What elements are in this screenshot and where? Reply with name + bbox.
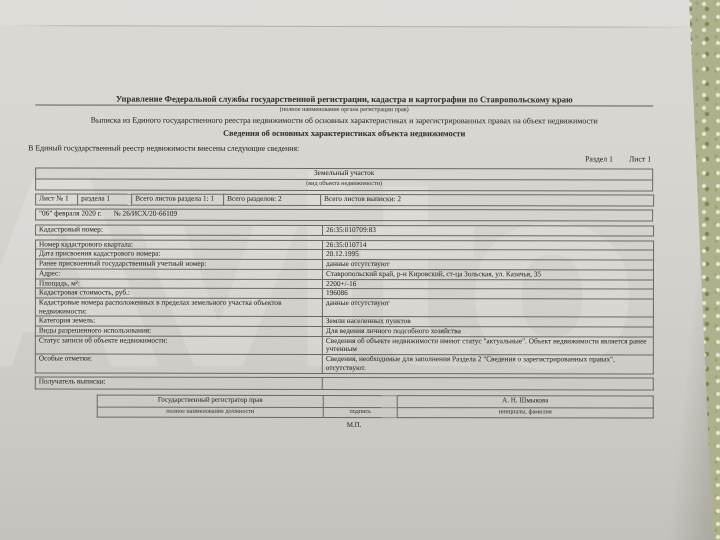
attr-label: Ранее присвоенный государственный учетны… bbox=[35, 259, 322, 269]
stamp-mark: М.П. bbox=[347, 421, 362, 429]
cadastral-number-table: Кадастровый номер: 26:35:010709:83 bbox=[35, 224, 654, 236]
attr-label: Кадастровые номера расположенных в преде… bbox=[35, 298, 322, 317]
attr-label: Особые отметки: bbox=[35, 354, 322, 373]
table-row: Лист № 1 раздела 1 Всего листов раздела … bbox=[36, 194, 654, 206]
signature-caption: подпись bbox=[323, 407, 397, 417]
attr-value: 2200+/-16 bbox=[322, 279, 653, 289]
extract-subtitle: Выписка из Единого государственного реес… bbox=[35, 115, 653, 126]
table-row: Получатель выписки: bbox=[35, 377, 653, 390]
table-row: полное наименование должности подпись ин… bbox=[97, 407, 653, 418]
sheet-label: Лист 1 bbox=[629, 154, 651, 163]
attr-value: Ставропольский край, р-н Кировский, ст-ц… bbox=[322, 269, 653, 279]
attr-label: Адрес: bbox=[35, 269, 322, 279]
table-row: (вид объекта недвижимости) bbox=[36, 179, 653, 191]
signature-space bbox=[323, 395, 397, 407]
table-row: Государственный регистратор прав А. Н. Ш… bbox=[97, 395, 653, 408]
section-number-cell: раздела 1 bbox=[78, 194, 132, 205]
object-type-table: Земельный участок (вид объекта недвижимо… bbox=[35, 167, 653, 191]
signature-table: Государственный регистратор прав А. Н. Ш… bbox=[97, 394, 654, 418]
issue-date: "06" февраля 2020 г. bbox=[39, 208, 102, 217]
total-sheets-cell: Всего листов выписки: 2 bbox=[321, 194, 654, 206]
attr-value bbox=[322, 377, 653, 390]
recipient-table: Получатель выписки: bbox=[35, 376, 654, 390]
stamp-placeholder-line: М.П. bbox=[97, 420, 653, 429]
outgoing-number: № 26/ИСХ/20-66109 bbox=[114, 209, 177, 218]
table-row: Особые отметки: Сведения, необходимые дл… bbox=[35, 354, 653, 373]
attr-value: 26:35:010709:83 bbox=[323, 225, 654, 235]
intro-line: В Единый государственный реестр недвижим… bbox=[28, 143, 653, 153]
egrn-extract-document: Управление Федеральной службы государств… bbox=[35, 93, 654, 429]
attr-value: 26:35:010714 bbox=[323, 240, 654, 250]
total-sections-cell: Всего разделов: 2 bbox=[224, 194, 321, 205]
sheets-in-section-cell: Всего листов раздела 1: 1 bbox=[132, 194, 224, 205]
table-row: Статус записи об объекте недвижимости: С… bbox=[35, 336, 653, 355]
attr-label: Получатель выписки: bbox=[35, 377, 322, 390]
authority-caption: (полное наименование органа регистрации … bbox=[35, 105, 653, 114]
registrar-role: Государственный регистратор прав bbox=[97, 395, 323, 407]
registrar-name: А. Н. Шмыкова bbox=[397, 395, 653, 407]
attr-value: данные отсутствуют bbox=[322, 298, 653, 317]
paper-top-sheet-edge-highlight bbox=[0, 0, 690, 26]
name-caption: инициалы, фамилия bbox=[397, 407, 653, 417]
attr-label: Статус записи об объекте недвижимости: bbox=[35, 336, 322, 355]
attr-value: Сведения об объекте недвижимости имеют с… bbox=[322, 336, 653, 355]
attributes-table: Номер кадастрового квартала: 26:35:01071… bbox=[35, 239, 654, 374]
attr-value: Сведения, необходимые для заполнения Раз… bbox=[322, 355, 653, 374]
date-number-cell: "06" февраля 2020 г.№ 26/ИСХ/20-66109 bbox=[36, 209, 653, 221]
object-type-caption: (вид объекта недвижимости) bbox=[36, 179, 653, 191]
table-row: "06" февраля 2020 г.№ 26/ИСХ/20-66109 bbox=[36, 209, 653, 221]
table-row: Кадастровый номер: 26:35:010709:83 bbox=[36, 225, 654, 236]
registration-authority-title: Управление Федеральной службы государств… bbox=[35, 93, 653, 106]
section-label: Раздел 1 bbox=[585, 154, 613, 163]
date-number-table: "06" февраля 2020 г.№ 26/ИСХ/20-66109 bbox=[35, 208, 653, 221]
section-title: Сведения об основных характеристиках объ… bbox=[35, 128, 653, 139]
sheet-info-table: Лист № 1 раздела 1 Всего листов раздела … bbox=[35, 193, 654, 206]
sheet-number-cell: Лист № 1 bbox=[36, 194, 78, 205]
role-caption: полное наименование должности bbox=[97, 407, 323, 417]
table-row: Кадастровые номера расположенных в преде… bbox=[35, 298, 653, 317]
section-page-indicator: Раздел 1Лист 1 bbox=[35, 153, 653, 163]
attr-label: Кадастровый номер: bbox=[36, 225, 323, 235]
